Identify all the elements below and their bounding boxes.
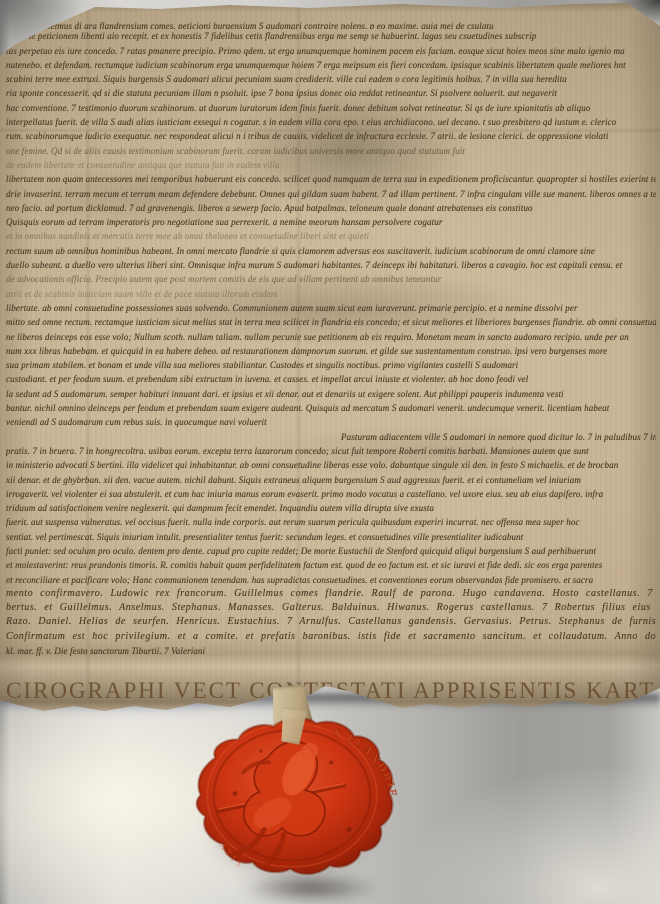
charter-line: kl. mar. ff. v. Die festo sanctorum Tibu… <box>6 644 656 658</box>
charter-line: xii denar. et de ghybrban. xii den. vacu… <box>6 473 656 487</box>
charter-line: Confirmatum est hoc privilegium. et a co… <box>6 630 656 644</box>
charter-line: bantur. nichil omnino deinceps per feodu… <box>6 401 656 415</box>
charter-line: one femine. Qd si de aliis causis testim… <box>6 144 656 158</box>
charter-line: libertatem non quam antecessores mei tem… <box>6 172 656 186</box>
charter-line: sentiat. vel pertimescat. Siquis iniuria… <box>6 530 656 544</box>
charter-line: Pasturam adiacentem ville S audomari in … <box>6 430 656 444</box>
charter-line: Ego Guillelmus di gra flandrensium comes… <box>6 15 656 29</box>
charter-line: in ministerio advocati S bertini. illa v… <box>6 458 656 472</box>
charter-line: sua primam stabilem. et bonam et unde vi… <box>6 358 656 372</box>
scanned-charter-page: { "charter": { "description_colors": { "… <box>0 0 660 904</box>
charter-line: rum. scabinorumque iudicio exequatur. ne… <box>6 129 656 143</box>
charter-line: flandrie peticionem libenti aio recepit.… <box>6 29 656 43</box>
charter-line: bertus. et Guillelmus. Anselmus. Stephan… <box>6 601 656 615</box>
charter-line: libertate. ab omni consuetudine possessi… <box>6 301 656 315</box>
charter-line: drie invaserint. terram mecum et terram … <box>6 187 656 201</box>
charter-line: num xxx libras habebam. et quicquid in e… <box>6 344 656 358</box>
charter-line: hac conventione. 7 testimonio duorum sca… <box>6 101 656 115</box>
charter-line: ria sponte concesserit. qd si die statut… <box>6 86 656 100</box>
charter-line: rectum suum ab omnibus hominibus habeant… <box>6 244 656 258</box>
charter-line: neo facio. ad portum dicklamud. 7 ad gra… <box>6 201 656 215</box>
charter-line: pratis. 7 in bruera. 7 in hongrecoltra. … <box>6 444 656 458</box>
charter-line: irrogaverit. vel violenter ei sua abstul… <box>6 487 656 501</box>
charter-line: facti puniet: sed oculum pro oculo. dent… <box>6 544 656 558</box>
charter-line: Quisquis eorum ad terram imperatoris pro… <box>6 215 656 229</box>
charter-line: la sedunt ad S audomarum. semper habitur… <box>6 387 656 401</box>
charter-line: fuerit. aut suspensa vulneratus. vel occ… <box>6 515 656 529</box>
charter-line: de advocationis officio. Precipio autem … <box>6 272 656 286</box>
charter-line: atrii et de scabinis iusticiam suam vill… <box>6 287 656 301</box>
charter-line: de eadem libertate et consuetudine antiq… <box>6 158 656 172</box>
charter-line: duello subeant. a duello vero ulterius l… <box>6 258 656 272</box>
charter-text-block: Ego Guillelmus di gra flandrensium comes… <box>6 15 656 658</box>
charter-line: et in omnibus nundinis et mercatis terre… <box>6 229 656 243</box>
charter-line: veniendi ad S audomarum cum rebus suis. … <box>6 415 656 429</box>
charter-line: et reconciliare et pacificare volo; Hanc… <box>6 573 656 587</box>
charter-line: mento confirmavero. Ludowic rex francoru… <box>6 587 656 601</box>
charter-line: nutenebo. et defendam. rectumque iudiciu… <box>6 58 656 72</box>
charter-line: Razo. Daniel. Helias de seurfen. Henricu… <box>6 615 656 629</box>
charter-line: scabini terre mee extruxi. Siquis burgen… <box>6 72 656 86</box>
charter-line: et molestaverint: reus prandonis timoris… <box>6 558 656 572</box>
charter-line: mitto sed omne rectum. rectamque iustici… <box>6 315 656 329</box>
charter-line: custodiant. et per feodum suum. et prebe… <box>6 372 656 386</box>
charter-line: triduum ad satisfactionem venire neglexe… <box>6 501 656 515</box>
charter-line: tas perpetuo eis iure concedo. 7 ratas p… <box>6 44 656 58</box>
charter-line: ne liberos deinceps eos esse volo; Nullu… <box>6 330 656 344</box>
charter-line: interpellatus fuerit. de villa S audi al… <box>6 115 656 129</box>
